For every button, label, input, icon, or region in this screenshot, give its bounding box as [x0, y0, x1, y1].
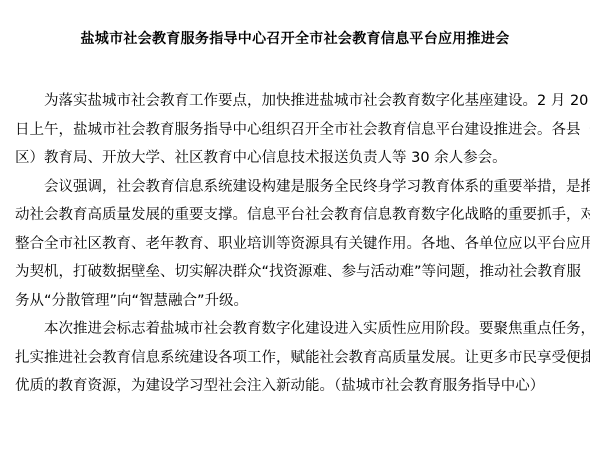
paragraph-line: 务从“分散管理”向“智慧融合”升级。 — [15, 287, 575, 316]
paragraph-line: 整合全市社区教育、老年教育、职业培训等资源具有关键作用。各地、各单位应以平台应用 — [15, 230, 575, 259]
paragraph-2: 会议强调，社会教育信息系统建设构建是服务全民终身学习教育体系的重要举措，是推 动… — [15, 173, 575, 316]
paragraph-line: 区）教育局、开放大学、社区教育中心信息技术报送负责人等 30 余人参会。 — [15, 144, 575, 173]
article-title: 盐城市社会教育服务指导中心召开全市社会教育信息平台应用推进会 — [0, 28, 590, 48]
paragraph-1: 为落实盐城市社会教育工作要点，加快推进盐城市社会教育数字化基座建设。2 月 20… — [15, 87, 575, 173]
paragraph-line: 扎实推进社会教育信息系统建设各项工作，赋能社会教育高质量发展。让更多市民享受便捷… — [15, 344, 575, 373]
paragraph-line: 动社会教育高质量发展的重要支撑。信息平台社会教育信息教育数字化战略的重要抓手，对 — [15, 201, 575, 230]
paragraph-line: 会议强调，社会教育信息系统建设构建是服务全民终身学习教育体系的重要举措，是推 — [15, 173, 575, 202]
paragraph-line: 优质的教育资源，为建设学习型社会注入新动能。（盐城市社会教育服务指导中心） — [15, 372, 575, 401]
paragraph-3: 本次推进会标志着盐城市社会教育数字化建设进入实质性应用阶段。要聚焦重点任务， 扎… — [15, 315, 575, 401]
paragraph-line: 为落实盐城市社会教育工作要点，加快推进盐城市社会教育数字化基座建设。2 月 20 — [15, 87, 575, 116]
paragraph-line: 本次推进会标志着盐城市社会教育数字化建设进入实质性应用阶段。要聚焦重点任务， — [15, 315, 575, 344]
paragraph-line: 为契机，打破数据壁垒、切实解决群众“找资源难、参与活动难”等问题，推动社会教育服 — [15, 258, 575, 287]
paragraph-line: 日上午，盐城市社会教育服务指导中心组织召开全市社会教育信息平台建设推进会。各县（… — [15, 116, 575, 145]
article-body: 为落实盐城市社会教育工作要点，加快推进盐城市社会教育数字化基座建设。2 月 20… — [15, 87, 575, 401]
